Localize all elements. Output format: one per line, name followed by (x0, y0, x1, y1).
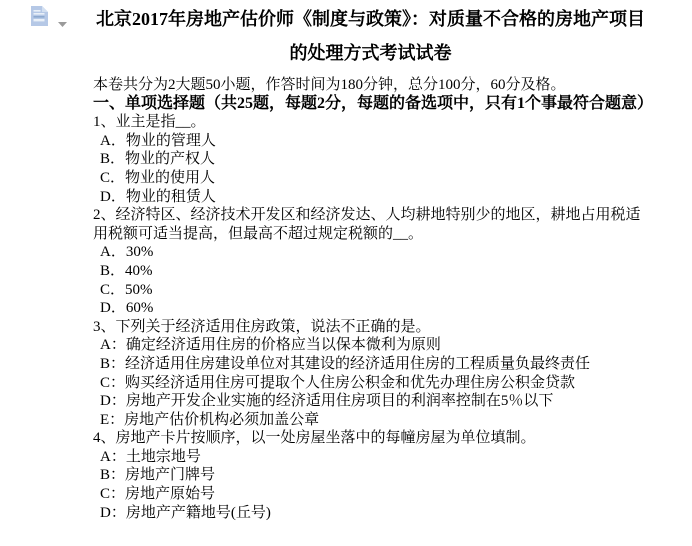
question-4-option-d: D：房地产产籍地号(丘号) (93, 504, 648, 523)
document-content: 北京2017年房地产估价师《制度与政策》：对质量不合格的房地产项目的处理方式考试… (93, 2, 648, 522)
question-4-option-c: C：房地产原始号 (93, 485, 648, 504)
exam-title: 北京2017年房地产估价师《制度与政策》：对质量不合格的房地产项目的处理方式考试… (96, 2, 646, 70)
floating-toolbar (30, 5, 67, 32)
question-3-option-d: D：房地产开发企业实施的经济适用住房项目的利润率控制在5％以下 (93, 392, 648, 411)
question-3-option-e: E：房地产估价机构必须加盖公章 (93, 411, 648, 430)
question-1-option-b: B．物业的产权人 (93, 150, 648, 169)
question-1-option-d: D．物业的租赁人 (93, 188, 648, 207)
question-2-option-d: D．60% (93, 299, 648, 318)
question-4-stem: 4、房地产卡片按顺序，以一处房屋坐落中的每幢房屋为单位填制。 (93, 429, 648, 448)
document-icon[interactable] (30, 5, 49, 32)
question-3-option-a: A：确定经济适用住房的价格应当以保本微利为原则 (93, 336, 648, 355)
exam-document-page: 北京2017年房地产估价师《制度与政策》：对质量不合格的房地产项目的处理方式考试… (0, 0, 692, 546)
question-4-option-a: A：土地宗地号 (93, 448, 648, 467)
question-1: 1、业主是指__。 A．物业的管理人 B．物业的产权人 C．物业的使用人 D．物… (93, 113, 648, 206)
question-3-option-b: B：经济适用住房建设单位对其建设的经济适用住房的工程质量负最终责任 (93, 355, 648, 374)
question-1-option-c: C．物业的使用人 (93, 169, 648, 188)
question-2-option-a: A．30% (93, 243, 648, 262)
question-2-option-b: B．40% (93, 262, 648, 281)
question-1-option-a: A．物业的管理人 (93, 132, 648, 151)
question-3: 3、下列关于经济适用住房政策，说法不正确的是。 A：确定经济适用住房的价格应当以… (93, 318, 648, 430)
question-4-option-b: B：房地产门牌号 (93, 466, 648, 485)
dropdown-arrow-icon[interactable] (58, 14, 67, 32)
question-4: 4、房地产卡片按顺序，以一处房屋坐落中的每幢房屋为单位填制。 A：土地宗地号 B… (93, 429, 648, 522)
section-heading: 一、单项选择题（共25题，每题2分，每题的备选项中，只有1个事最符合题意） (93, 95, 648, 114)
question-2: 2、经济特区、经济技术开发区和经济发达、人均耕地特别少的地区，耕地占用税适用税额… (93, 206, 648, 318)
exam-summary: 本卷共分为2大题50小题，作答时间为180分钟，总分100分，60分及格。 (93, 76, 648, 95)
question-1-stem: 1、业主是指__。 (93, 113, 648, 132)
question-3-stem: 3、下列关于经济适用住房政策，说法不正确的是。 (93, 318, 648, 337)
question-3-option-c: C：购买经济适用住房可提取个人住房公积金和优先办理住房公积金贷款 (93, 374, 648, 393)
question-2-stem: 2、经济特区、经济技术开发区和经济发达、人均耕地特别少的地区，耕地占用税适用税额… (93, 206, 648, 243)
question-2-option-c: C．50% (93, 281, 648, 300)
